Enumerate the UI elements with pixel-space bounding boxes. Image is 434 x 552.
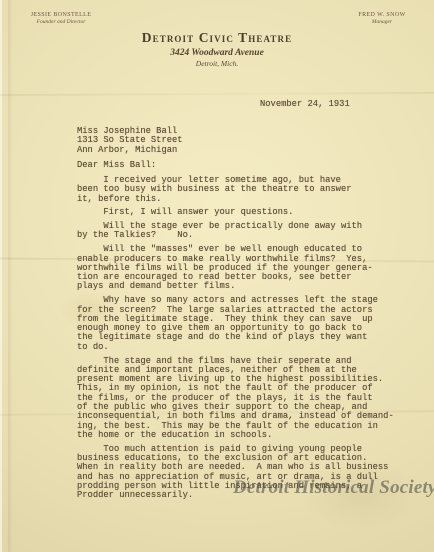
recipient-address: Miss Josephine Ball 1313 So State Street…: [77, 127, 183, 155]
paragraph: First, I will answer your questions.: [77, 208, 407, 217]
founder-title: Founder and Director: [28, 19, 94, 25]
paragraph: The stage and the films have their seper…: [77, 357, 407, 441]
paper-edge-highlight: [0, 0, 2, 552]
paragraph: Will the "masses" ever be well enough ed…: [77, 245, 407, 291]
salutation: Dear Miss Ball:: [77, 161, 156, 170]
city-state: Detroit, Mich.: [0, 59, 434, 68]
letter-body: I received your letter sometime ago, but…: [77, 176, 407, 505]
horizontal-crease: [0, 92, 434, 96]
letterhead-left-block: JESSIE BONSTELLE Founder and Director: [28, 12, 94, 25]
letter-scan: JESSIE BONSTELLE Founder and Director FR…: [0, 0, 434, 552]
letter-date: November 24, 1931: [260, 100, 350, 109]
street-address: 3424 Woodward Avenue: [0, 48, 434, 58]
archive-watermark: Detroit Historical Society: [233, 477, 434, 499]
letterhead-right-block: FRED W. SNOW Manager: [344, 12, 420, 25]
paragraph: Why have so many actors and actresses le…: [77, 296, 407, 352]
vertical-crease: [8, 0, 10, 552]
manager-title: Manager: [344, 19, 420, 25]
letterhead-center-block: Detroit Civic Theatre 3424 Woodward Aven…: [0, 30, 434, 68]
paragraph: Will the stage ever be practically done …: [77, 222, 407, 241]
paragraph: I received your letter sometime ago, but…: [77, 176, 407, 204]
founder-name: JESSIE BONSTELLE: [28, 12, 94, 18]
manager-name: FRED W. SNOW: [344, 12, 420, 18]
organization-name: Detroit Civic Theatre: [0, 30, 434, 46]
